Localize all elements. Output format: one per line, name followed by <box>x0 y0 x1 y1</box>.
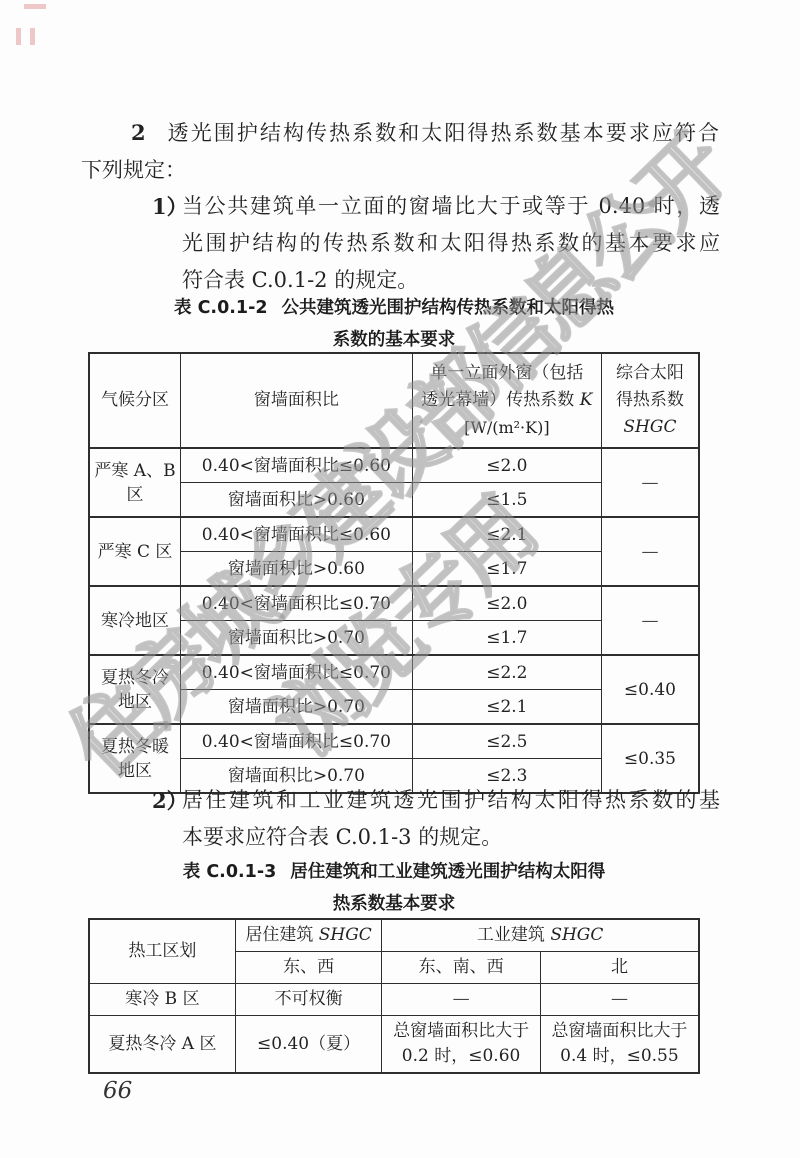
wwr-cell: 窗墙面积比>0.60 <box>181 552 413 587</box>
header-climate-zone: 气候分区 <box>89 353 181 448</box>
zone-cell: 寒冷地区 <box>89 586 181 655</box>
shgc-cell: — <box>601 586 699 655</box>
header-k-value: 单一立面外窗（包括 透光幕墙）传热系数 K [W/(m²·K)] <box>412 353 601 448</box>
clause-2-line-2: 下列规定： <box>81 152 719 189</box>
k-cell: ≤2.1 <box>412 517 601 552</box>
k-cell: ≤2.0 <box>412 448 601 483</box>
table-row: 严寒 C 区 0.40<窗墙面积比≤0.60 ≤2.1 — <box>89 517 699 552</box>
caption-line-1: 表 C.0.1-2公共建筑透光围护结构传热系数和太阳得热 <box>88 292 700 324</box>
wwr-cell: 0.40<窗墙面积比≤0.70 <box>181 724 413 759</box>
k-cell: ≤2.1 <box>412 690 601 725</box>
clause-text: 透光围护结构传热系数和太阳得热系数基本要求应符合 <box>166 121 719 145</box>
zone-cell: 寒冷 B 区 <box>89 984 235 1016</box>
shgc-cell: — <box>601 517 699 586</box>
clause-2-paragraph: 2透光围护结构传热系数和太阳得热系数基本要求应符合 下列规定： <box>81 114 719 189</box>
k-cell: ≤2.0 <box>412 586 601 621</box>
table-c012: 气候分区 窗墙面积比 单一立面外窗（包括 透光幕墙）传热系数 K [W/(m²·… <box>88 352 700 794</box>
symbol-K: K <box>580 390 593 410</box>
zone-cell: 严寒 C 区 <box>89 517 181 586</box>
res-cell: 不可权衡 <box>235 984 381 1016</box>
item-2-marker: 2） <box>152 782 188 819</box>
k-cell: ≤2.5 <box>412 724 601 759</box>
k-cell: ≤2.2 <box>412 655 601 690</box>
item-1-line-1: 当公共建筑单一立面的窗墙比大于或等于 0.40 时，透 <box>182 188 720 225</box>
document-page: 2透光围护结构传热系数和太阳得热系数基本要求应符合 下列规定： 1） 当公共建筑… <box>0 0 800 1158</box>
item-2-text: 居住建筑和工业建筑透光围护结构太阳得热系数的基 本要求应符合表 C.0.1-3 … <box>182 782 720 856</box>
ind-cell: 总窗墙面积比大于 0.2 时，≤0.60 <box>382 1016 541 1074</box>
caption-line-2: 热系数基本要求 <box>88 888 700 920</box>
table-header-row: 气候分区 窗墙面积比 单一立面外窗（包括 透光幕墙）传热系数 K [W/(m²·… <box>89 353 699 448</box>
item-1-marker: 1） <box>152 188 188 225</box>
table-row: 夏热冬冷 A 区 ≤0.40（夏） 总窗墙面积比大于 0.2 时，≤0.60 总… <box>89 1016 699 1074</box>
list-item-2: 2） 居住建筑和工业建筑透光围护结构太阳得热系数的基 本要求应符合表 C.0.1… <box>152 782 722 856</box>
wwr-cell: 0.40<窗墙面积比≤0.70 <box>181 586 413 621</box>
k-cell: ≤1.7 <box>412 621 601 656</box>
caption-line-1: 表 C.0.1-3居住建筑和工业建筑透光围护结构太阳得 <box>88 856 700 888</box>
shgc-cell: ≤0.40 <box>601 655 699 724</box>
res-cell: ≤0.40（夏） <box>235 1016 381 1074</box>
list-item-1: 1） 当公共建筑单一立面的窗墙比大于或等于 0.40 时，透 光围护结构的传热系… <box>152 188 722 299</box>
ind-cell: — <box>382 984 541 1016</box>
wwr-cell: 0.40<窗墙面积比≤0.60 <box>181 517 413 552</box>
caption-title: 公共建筑透光围护结构传热系数和太阳得热 <box>282 298 615 318</box>
table-row: 寒冷 B 区 不可权衡 — — <box>89 984 699 1016</box>
zone-cell: 严寒 A、B 区 <box>89 448 181 517</box>
caption-title: 居住建筑和工业建筑透光围护结构太阳得 <box>290 862 605 882</box>
zone-cell: 夏热冬冷地区 <box>89 655 181 724</box>
header-industrial-shgc: 工业建筑 SHGC <box>382 919 699 952</box>
header-wwr: 窗墙面积比 <box>181 353 413 448</box>
symbol-SHGC: SHGC <box>606 414 694 441</box>
table-header-row: 热工区划 居住建筑 SHGC 工业建筑 SHGC <box>89 919 699 952</box>
header-k-line-1: 单一立面外窗（包括 <box>417 360 597 387</box>
ind-cell: — <box>540 984 699 1016</box>
wwr-cell: 0.40<窗墙面积比≤0.60 <box>181 448 413 483</box>
red-stamp-fragment <box>24 4 46 9</box>
item-2-line-1: 居住建筑和工业建筑透光围护结构太阳得热系数的基 <box>182 782 720 819</box>
item-2-line-2: 本要求应符合表 C.0.1-3 的规定。 <box>182 819 720 856</box>
subheader-east-south-west: 东、南、西 <box>382 952 541 984</box>
subheader-north: 北 <box>540 952 699 984</box>
clause-2-line-1: 2透光围护结构传热系数和太阳得热系数基本要求应符合 <box>81 114 719 152</box>
subheader-east-west: 东、西 <box>235 952 381 984</box>
wwr-cell: 窗墙面积比>0.60 <box>181 483 413 518</box>
table-number: 表 C.0.1-2 <box>174 298 268 318</box>
k-cell: ≤1.7 <box>412 552 601 587</box>
wwr-cell: 0.40<窗墙面积比≤0.70 <box>181 655 413 690</box>
table-number: 表 C.0.1-3 <box>183 862 277 882</box>
header-k-line-2: 透光幕墙）传热系数 K <box>417 387 597 414</box>
red-stamp-fragment <box>30 28 35 45</box>
shgc-cell: — <box>601 448 699 517</box>
symbol-SHGC: SHGC <box>319 925 372 945</box>
clause-number: 2 <box>131 120 146 145</box>
table-c013-caption: 表 C.0.1-3居住建筑和工业建筑透光围护结构太阳得 热系数基本要求 <box>88 856 700 920</box>
red-stamp-fragment <box>16 28 21 45</box>
wwr-cell: 窗墙面积比>0.70 <box>181 621 413 656</box>
table-row: 寒冷地区 0.40<窗墙面积比≤0.70 ≤2.0 — <box>89 586 699 621</box>
k-cell: ≤1.5 <box>412 483 601 518</box>
zone-cell: 夏热冬冷 A 区 <box>89 1016 235 1074</box>
item-1-text: 当公共建筑单一立面的窗墙比大于或等于 0.40 时，透 光围护结构的传热系数和太… <box>182 188 720 299</box>
table-row: 夏热冬冷地区 0.40<窗墙面积比≤0.70 ≤2.2 ≤0.40 <box>89 655 699 690</box>
symbol-SHGC: SHGC <box>550 925 603 945</box>
table-row: 严寒 A、B 区 0.40<窗墙面积比≤0.60 ≤2.0 — <box>89 448 699 483</box>
header-thermal-zone: 热工区划 <box>89 919 235 984</box>
item-1-line-2: 光围护结构的传热系数和太阳得热系数的基本要求应 <box>182 225 720 262</box>
ind-cell: 总窗墙面积比大于 0.4 时，≤0.55 <box>540 1016 699 1074</box>
header-k-unit: [W/(m²·K)] <box>417 414 597 441</box>
page-number: 66 <box>103 1078 132 1104</box>
table-row: 夏热冬暖地区 0.40<窗墙面积比≤0.70 ≤2.5 ≤0.35 <box>89 724 699 759</box>
header-residential-shgc: 居住建筑 SHGC <box>235 919 381 952</box>
table-c012-caption: 表 C.0.1-2公共建筑透光围护结构传热系数和太阳得热 系数的基本要求 <box>88 292 700 356</box>
table-c013: 热工区划 居住建筑 SHGC 工业建筑 SHGC 东、西 东、南、西 北 寒冷 … <box>88 918 700 1074</box>
wwr-cell: 窗墙面积比>0.70 <box>181 690 413 725</box>
header-shgc: 综合太阳 得热系数 SHGC <box>601 353 699 448</box>
